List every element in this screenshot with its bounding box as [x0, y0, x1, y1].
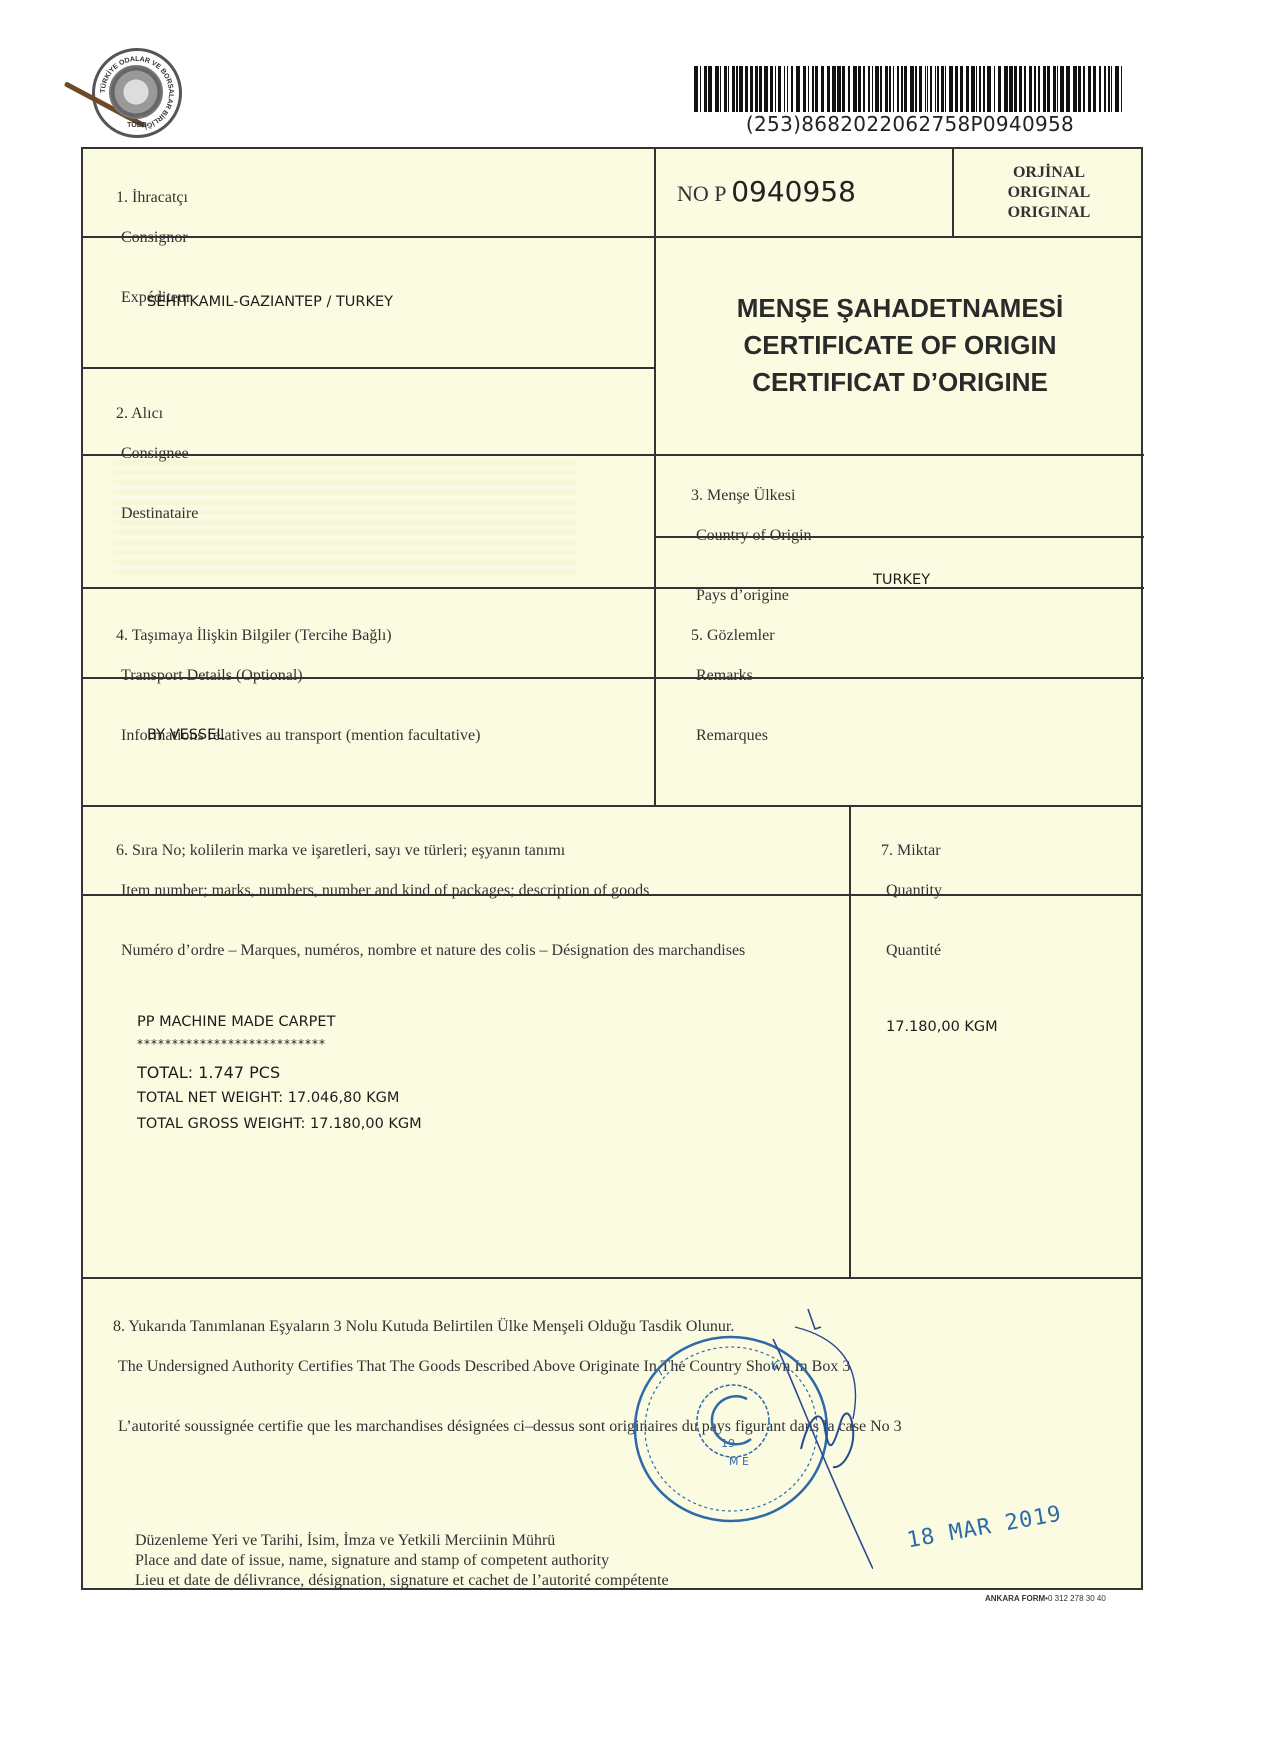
barcode-bar	[853, 66, 857, 112]
barcode-bar	[791, 66, 793, 112]
barcode-bar	[1034, 66, 1036, 112]
barcode-bar	[1038, 66, 1040, 112]
barcode-bar	[787, 66, 788, 112]
barcode-bar	[880, 66, 882, 112]
barcode-bar	[796, 66, 800, 112]
box6-label: 6. Sıra No; kolilerin marka ve işaretler…	[100, 821, 745, 1001]
barcode-bar	[868, 66, 870, 112]
barcode-bar	[827, 66, 830, 112]
barcode-bar	[987, 66, 991, 112]
barcode-bar	[910, 66, 914, 112]
document-title: MENŞE ŞAHADETNAMESİ CERTIFICATE OF ORIGI…	[656, 290, 1144, 401]
certificate-number: NO P 0940958	[677, 175, 856, 208]
barcode-bar	[994, 66, 995, 112]
barcode-bar	[815, 66, 818, 112]
box5-label: 5. Gözlemler Remarks Remarques	[675, 606, 775, 786]
box2-label: 2. Alıcı Consignee Destinataire	[100, 384, 198, 564]
barcode-bar	[750, 66, 753, 112]
barcode-bar	[955, 66, 958, 112]
total-net-weight: TOTAL NET WEIGHT: 17.046,80 KGM	[137, 1090, 399, 1106]
barcode-bar	[901, 66, 903, 112]
barcode-bar	[755, 66, 758, 112]
printer-footer: ANKARA FORM•0 312 278 30 40	[985, 1594, 1106, 1603]
barcode-bar	[1088, 66, 1091, 112]
barcode-bar	[919, 66, 922, 112]
country-of-origin-value: TURKEY	[873, 572, 930, 588]
barcode-bar	[1073, 66, 1077, 112]
barcode-bar	[700, 66, 701, 112]
barcode-bar	[770, 66, 773, 112]
barcode-bar	[872, 66, 873, 112]
barcode-bar	[694, 66, 698, 112]
barcode-bar	[885, 66, 888, 112]
barcode-bar	[732, 66, 735, 112]
barcode-bar	[1047, 66, 1050, 112]
barcode-bar	[1009, 66, 1013, 112]
barcode-bar	[1053, 66, 1056, 112]
barcode-bar	[1029, 66, 1032, 112]
barcode-bar	[848, 66, 850, 112]
barcode	[694, 66, 1124, 112]
barcode-bar	[971, 66, 975, 112]
barcode-bar	[1019, 66, 1022, 112]
barcode-bar	[715, 66, 719, 112]
barcode-bar	[764, 66, 768, 112]
barcode-bar	[949, 66, 953, 112]
barcode-bar	[759, 66, 762, 112]
barcode-bar	[821, 66, 824, 112]
box4-label: 4. Taşımaya İlişkin Bilgiler (Tercihe Ba…	[100, 606, 480, 786]
barcode-bar	[704, 66, 707, 112]
barcode-bar	[784, 66, 785, 112]
svg-text:TÜRKİYE ODALAR VE BORSALAR BİR: TÜRKİYE ODALAR VE BORSALAR BİRLİĞİ	[98, 56, 174, 131]
barcode-bar	[927, 66, 928, 112]
barcode-bar	[708, 66, 712, 112]
goods-description: PP MACHINE MADE CARPET	[137, 1014, 335, 1030]
issue-date-stamp: 18 MAR 2019	[905, 1502, 1064, 1554]
barcode-bar	[736, 66, 738, 112]
barcode-bar	[941, 66, 944, 112]
total-gross-weight: TOTAL GROSS WEIGHT: 17.180,00 KGM	[137, 1116, 422, 1132]
certificate-form: 1. İhracatçı Consignor Expéditeur NO P 0…	[81, 147, 1143, 1590]
barcode-bar	[832, 66, 836, 112]
tobb-logo: TÜRKİYE ODALAR VE BORSALAR BİRLİĞİ TOBB	[92, 48, 182, 138]
barcode-bar	[904, 66, 907, 112]
barcode-bar	[720, 66, 721, 112]
goods-separator: ***************************	[137, 1037, 326, 1051]
barcode-bar	[1066, 66, 1070, 112]
barcode-bar	[728, 66, 729, 112]
barcode-bar	[812, 66, 814, 112]
quantity-value: 17.180,00 KGM	[886, 1019, 998, 1035]
total-pcs: TOTAL: 1.747 PCS	[137, 1063, 280, 1082]
barcode-bar	[930, 66, 932, 112]
barcode-bar	[937, 66, 939, 112]
barcode-bar	[976, 66, 978, 112]
barcode-bar	[1099, 66, 1101, 112]
barcode-bar	[1083, 66, 1085, 112]
barcode-bar	[1057, 66, 1058, 112]
barcode-bar	[966, 66, 969, 112]
barcode-bar	[983, 66, 985, 112]
barcode-bar	[875, 66, 879, 112]
original-marking: ORJİNAL ORIGINAL ORIGINAL	[954, 163, 1144, 223]
barcode-bar	[979, 66, 981, 112]
barcode-bar	[915, 66, 917, 112]
box7-label: 7. Miktar Quantity Quantité	[865, 821, 942, 1001]
barcode-bar	[1043, 66, 1046, 112]
barcode-bar	[724, 66, 727, 112]
barcode-bar	[960, 66, 963, 112]
logo-label: TOBB	[95, 122, 179, 129]
barcode-bar	[1024, 66, 1026, 112]
barcode-bar	[1108, 66, 1110, 112]
barcode-bar	[1104, 66, 1106, 112]
signature-icon	[703, 1149, 873, 1569]
barcode-bar	[893, 66, 894, 112]
barcode-number: (253)8682022062758P0940958	[690, 112, 1130, 136]
barcode-bar	[1078, 66, 1081, 112]
barcode-bar	[1111, 66, 1112, 112]
barcode-bar	[858, 66, 861, 112]
barcode-bar	[1060, 66, 1064, 112]
barcode-bar	[935, 66, 936, 112]
barcode-bar	[998, 66, 1001, 112]
barcode-bar	[778, 66, 782, 112]
barcode-bar	[837, 66, 841, 112]
barcode-bar	[863, 66, 865, 112]
barcode-bar	[808, 66, 809, 112]
barcode-bar	[897, 66, 899, 112]
barcode-bar	[1093, 66, 1096, 112]
barcode-bar	[739, 66, 743, 112]
barcode-bar	[803, 66, 806, 112]
barcode-bar	[945, 66, 946, 112]
box8-issue-labels: Düzenleme Yeri ve Tarihi, İsim, İmza ve …	[119, 1511, 669, 1611]
transport-value: BY VESSEL	[147, 727, 224, 743]
barcode-bar	[1115, 66, 1119, 112]
barcode-bar	[775, 66, 776, 112]
barcode-bar	[1004, 66, 1008, 112]
barcode-bar	[1014, 66, 1017, 112]
barcode-bar	[745, 66, 748, 112]
box1-label: 1. İhracatçı Consignor Expéditeur	[100, 168, 191, 348]
barcode-bar	[925, 66, 926, 112]
consignor-value: SEHITKAMIL-GAZIANTEP / TURKEY	[147, 294, 393, 310]
barcode-bar	[889, 66, 891, 112]
barcode-bar	[842, 66, 845, 112]
barcode-bar	[1121, 66, 1122, 112]
